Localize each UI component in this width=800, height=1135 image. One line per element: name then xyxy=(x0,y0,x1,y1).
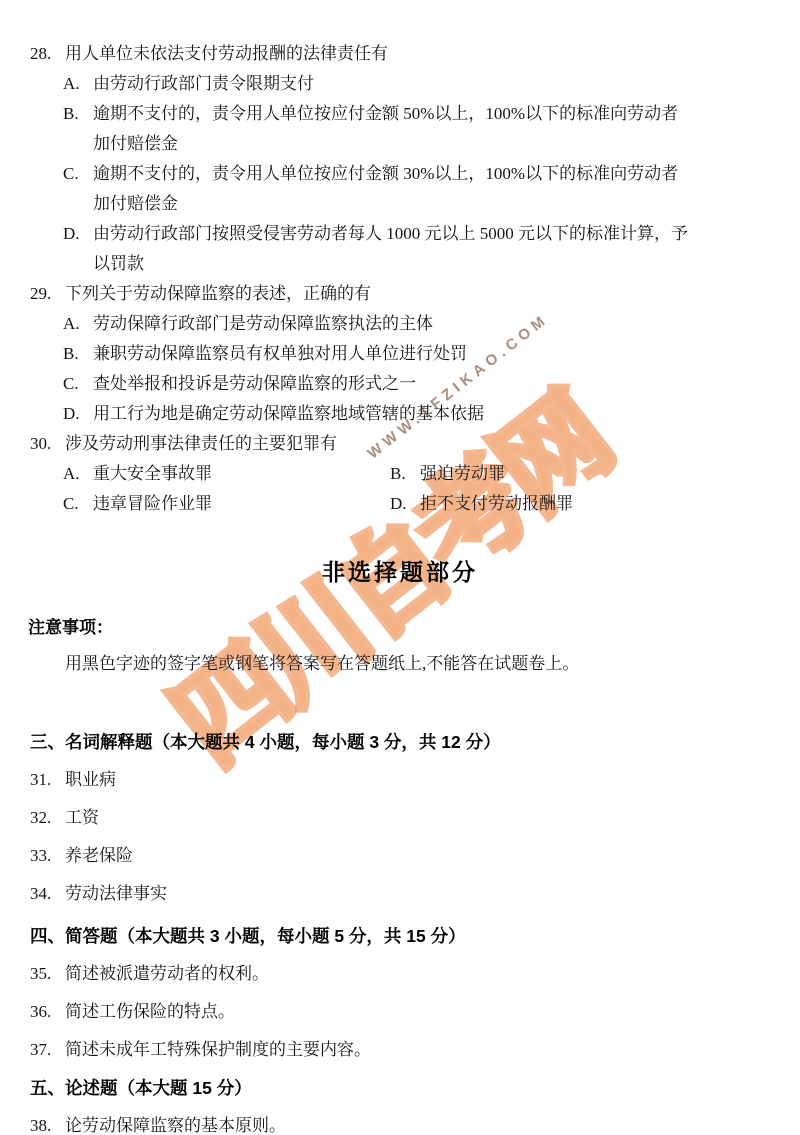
option-line: 由劳动行政部门按照受侵害劳动者每人 1000 元以上 5000 元以下的标准计算… xyxy=(93,219,688,249)
option-30b: B. 强迫劳动罪 xyxy=(390,459,505,489)
option-28d: D. 由劳动行政部门按照受侵害劳动者每人 1000 元以上 5000 元以下的标… xyxy=(0,219,800,279)
item-31: 31. 职业病 xyxy=(0,765,800,795)
option-text: 用工行为地是确定劳动保障监察地域管辖的基本依据 xyxy=(93,399,484,429)
item-number: 32. xyxy=(30,803,65,833)
question-30: 30. 涉及劳动刑事法律责任的主要犯罪有 xyxy=(0,429,800,459)
item-text: 工资 xyxy=(65,803,99,833)
item-text: 职业病 xyxy=(65,765,116,795)
option-28a: A. 由劳动行政部门责令限期支付 xyxy=(0,69,800,99)
option-30c: C. 违章冒险作业罪 xyxy=(63,489,390,519)
option-label: C. xyxy=(63,159,93,219)
item-number: 37. xyxy=(30,1035,65,1065)
question-stem: 下列关于劳动保障监察的表述，正确的有 xyxy=(65,279,371,309)
option-line: 由劳动行政部门责令限期支付 xyxy=(93,69,314,99)
option-line: 逾期不支付的，责令用人单位按应付金额 30%以上，100%以下的标准向劳动者 xyxy=(93,159,678,189)
item-number: 33. xyxy=(30,841,65,871)
item-35: 35. 简述被派遣劳动者的权利。 xyxy=(0,959,800,989)
item-number: 35. xyxy=(30,959,65,989)
option-text: 拒不支付劳动报酬罪 xyxy=(420,489,573,519)
option-29c: C. 查处举报和投诉是劳动保障监察的形式之一 xyxy=(0,369,800,399)
option-line: 查处举报和投诉是劳动保障监察的形式之一 xyxy=(93,369,416,399)
option-label: D. xyxy=(63,399,93,429)
option-label: C. xyxy=(63,369,93,399)
option-line: 加付赔偿金 xyxy=(93,189,678,219)
item-text: 养老保险 xyxy=(65,841,133,871)
option-line: 加付赔偿金 xyxy=(93,129,678,159)
question-29: 29. 下列关于劳动保障监察的表述，正确的有 xyxy=(0,279,800,309)
exam-page: WWW.TFZIKAO.COM 四川自考网 28. 用人单位未依法支付劳动报酬的… xyxy=(0,0,800,1135)
notice-title: 注意事项： xyxy=(0,613,800,643)
item-text: 简述被派遣劳动者的权利。 xyxy=(65,959,269,989)
question-stem: 涉及劳动刑事法律责任的主要犯罪有 xyxy=(65,429,337,459)
section-title-4: 四、简答题（本大题共 3 小题，每小题 5 分，共 15 分） xyxy=(0,921,800,951)
option-text: 由劳动行政部门责令限期支付 xyxy=(93,69,314,99)
option-line: 逾期不支付的，责令用人单位按应付金额 50%以上，100%以下的标准向劳动者 xyxy=(93,99,678,129)
question-number: 29. xyxy=(30,279,65,309)
option-label: B. xyxy=(63,99,93,159)
option-text: 由劳动行政部门按照受侵害劳动者每人 1000 元以上 5000 元以下的标准计算… xyxy=(93,219,688,279)
option-text: 重大安全事故罪 xyxy=(93,459,212,489)
item-33: 33. 养老保险 xyxy=(0,841,800,871)
option-label: B. xyxy=(63,339,93,369)
item-34: 34. 劳动法律事实 xyxy=(0,879,800,909)
notice-text: 用黑色字迹的签字笔或钢笔将答案写在答题纸上,不能答在试题卷上。 xyxy=(0,649,800,679)
option-row-30cd: C. 违章冒险作业罪 D. 拒不支付劳动报酬罪 xyxy=(0,489,800,519)
option-label: B. xyxy=(390,459,420,489)
multiple-choice-block: 28. 用人单位未依法支付劳动报酬的法律责任有 A. 由劳动行政部门责令限期支付… xyxy=(0,0,800,519)
option-line: 劳动保障行政部门是劳动保障监察执法的主体 xyxy=(93,309,433,339)
option-label: D. xyxy=(63,219,93,279)
question-number: 30. xyxy=(30,429,65,459)
option-28b: B. 逾期不支付的，责令用人单位按应付金额 50%以上，100%以下的标准向劳动… xyxy=(0,99,800,159)
option-line: 以罚款 xyxy=(93,249,688,279)
option-30a: A. 重大安全事故罪 xyxy=(63,459,390,489)
section-heading-non-mc: 非选择题部分 xyxy=(0,555,800,589)
item-text: 劳动法律事实 xyxy=(65,879,167,909)
item-number: 38. xyxy=(30,1111,65,1135)
option-29a: A. 劳动保障行政部门是劳动保障监察执法的主体 xyxy=(0,309,800,339)
question-28: 28. 用人单位未依法支付劳动报酬的法律责任有 xyxy=(0,39,800,69)
option-text: 强迫劳动罪 xyxy=(420,459,505,489)
question-stem: 用人单位未依法支付劳动报酬的法律责任有 xyxy=(65,39,388,69)
section-title-5: 五、论述题（本大题 15 分） xyxy=(0,1073,800,1103)
section-title-3: 三、名词解释题（本大题共 4 小题，每小题 3 分，共 12 分） xyxy=(0,727,800,757)
option-label: A. xyxy=(63,309,93,339)
option-30d: D. 拒不支付劳动报酬罪 xyxy=(390,489,573,519)
option-text: 违章冒险作业罪 xyxy=(93,489,212,519)
option-text: 查处举报和投诉是劳动保障监察的形式之一 xyxy=(93,369,416,399)
option-line: 兼职劳动保障监察员有权单独对用人单位进行处罚 xyxy=(93,339,467,369)
option-text: 兼职劳动保障监察员有权单独对用人单位进行处罚 xyxy=(93,339,467,369)
question-number: 28. xyxy=(30,39,65,69)
item-text: 论劳动保障监察的基本原则。 xyxy=(65,1111,286,1135)
exam-content: 28. 用人单位未依法支付劳动报酬的法律责任有 A. 由劳动行政部门责令限期支付… xyxy=(0,0,800,1135)
item-38: 38. 论劳动保障监察的基本原则。 xyxy=(0,1111,800,1135)
option-28c: C. 逾期不支付的，责令用人单位按应付金额 30%以上，100%以下的标准向劳动… xyxy=(0,159,800,219)
item-text: 简述工伤保险的特点。 xyxy=(65,997,235,1027)
item-number: 36. xyxy=(30,997,65,1027)
item-number: 34. xyxy=(30,879,65,909)
item-37: 37. 简述未成年工特殊保护制度的主要内容。 xyxy=(0,1035,800,1065)
option-29d: D. 用工行为地是确定劳动保障监察地域管辖的基本依据 xyxy=(0,399,800,429)
option-line: 用工行为地是确定劳动保障监察地域管辖的基本依据 xyxy=(93,399,484,429)
option-row-30ab: A. 重大安全事故罪 B. 强迫劳动罪 xyxy=(0,459,800,489)
item-36: 36. 简述工伤保险的特点。 xyxy=(0,997,800,1027)
item-number: 31. xyxy=(30,765,65,795)
option-label: D. xyxy=(390,489,420,519)
option-text: 劳动保障行政部门是劳动保障监察执法的主体 xyxy=(93,309,433,339)
option-label: A. xyxy=(63,69,93,99)
option-text: 逾期不支付的，责令用人单位按应付金额 30%以上，100%以下的标准向劳动者 加… xyxy=(93,159,678,219)
item-text: 简述未成年工特殊保护制度的主要内容。 xyxy=(65,1035,371,1065)
option-label: C. xyxy=(63,489,93,519)
item-32: 32. 工资 xyxy=(0,803,800,833)
option-label: A. xyxy=(63,459,93,489)
option-text: 逾期不支付的，责令用人单位按应付金额 50%以上，100%以下的标准向劳动者 加… xyxy=(93,99,678,159)
option-29b: B. 兼职劳动保障监察员有权单独对用人单位进行处罚 xyxy=(0,339,800,369)
